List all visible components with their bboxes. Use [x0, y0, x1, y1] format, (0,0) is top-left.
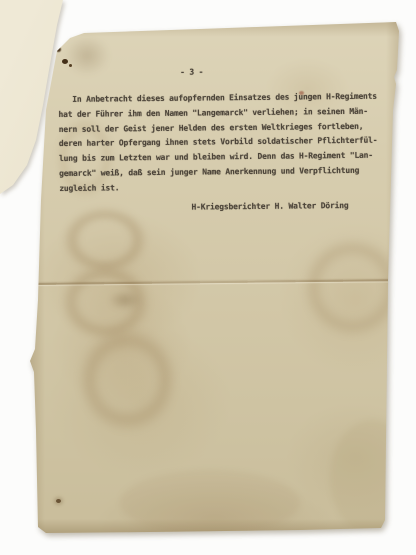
stain: [75, 325, 180, 435]
stain: [330, 420, 415, 535]
photo-background: - 3 - In Anbetracht dieses aufopfernden …: [0, 0, 416, 555]
staple-mark: [56, 47, 61, 52]
stain: [105, 288, 145, 312]
stain: [300, 235, 405, 340]
body-paragraph: In Anbetracht dieses aufopfernden Einsat…: [58, 90, 393, 197]
paragraph-line: zugleich ist.: [59, 178, 393, 196]
paper-blemish: [56, 499, 61, 503]
page-number: - 3 -: [58, 62, 392, 79]
typewritten-text: - 3 - In Anbetracht dieses aufopfernden …: [58, 62, 394, 215]
stain: [120, 470, 300, 535]
staple-mark: [62, 59, 68, 64]
